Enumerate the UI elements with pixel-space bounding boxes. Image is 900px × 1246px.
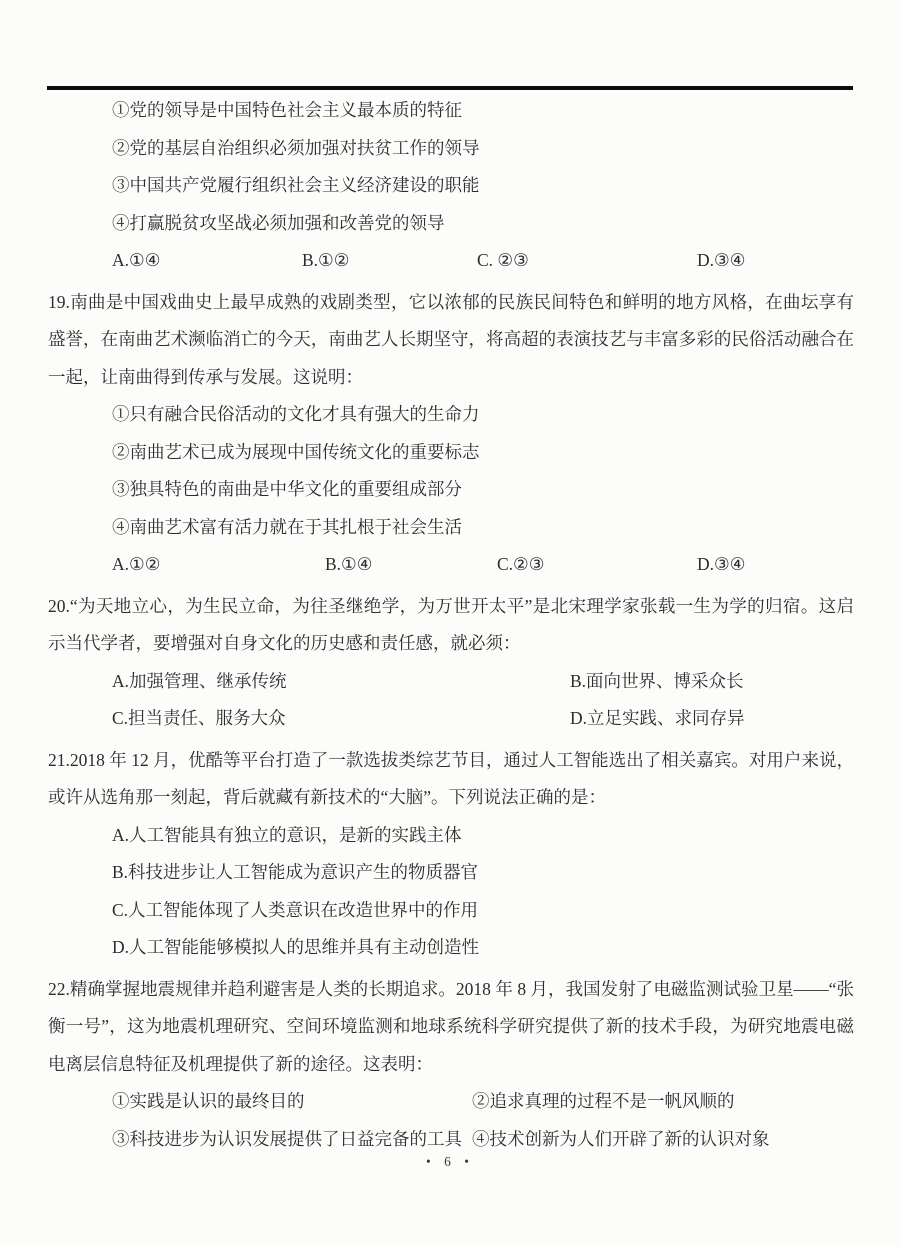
sub-option-row: ①实践是认识的最终目的 ②追求真理的过程不是一帆风顺的 bbox=[48, 1083, 854, 1121]
sub-option-1: ①只有融合民俗活动的文化才具有强大的生命力 bbox=[48, 396, 854, 434]
sub-option-2: ②党的基层自治组织必须加强对扶贫工作的领导 bbox=[48, 130, 854, 168]
question-stem: 21.2018 年 12 月，优酷等平台打造了一款选拔类综艺节目，通过人工智能选… bbox=[48, 742, 854, 817]
answer-row: C.担当责任、服务大众 D.立足实践、求同存异 bbox=[48, 700, 854, 738]
answer-option-c: C. ②③ bbox=[477, 242, 697, 280]
answer-option-a: A.①④ bbox=[112, 242, 302, 280]
sub-option-2: ②追求真理的过程不是一帆风顺的 bbox=[472, 1083, 854, 1121]
page-number: • 6 • bbox=[0, 1154, 900, 1170]
answer-row: A.加强管理、继承传统 B.面向世界、博采众长 bbox=[48, 663, 854, 701]
question-19: 19.南曲是中国戏曲史上最早成熟的戏剧类型，它以浓郁的民族民间特色和鲜明的地方风… bbox=[48, 284, 854, 584]
sub-option-3: ③独具特色的南曲是中华文化的重要组成部分 bbox=[48, 471, 854, 509]
answer-option-a: A.加强管理、继承传统 bbox=[112, 663, 570, 701]
question-stem: 22.精确掌握地震规律并趋利避害是人类的长期追求。2018 年 8 月，我国发射… bbox=[48, 971, 854, 1084]
question-stem: 20.“为天地立心，为生民立命，为往圣继绝学，为万世开太平”是北宋理学家张载一生… bbox=[48, 588, 854, 663]
sub-option-1: ①党的领导是中国特色社会主义最本质的特征 bbox=[48, 92, 854, 130]
answer-row: A.①② B.①④ C.②③ D.③④ bbox=[48, 546, 854, 584]
answer-option-b: B.面向世界、博采众长 bbox=[570, 663, 854, 701]
answer-option-a: A.人工智能具有独立的意识，是新的实践主体 bbox=[48, 817, 854, 855]
question-stem: 19.南曲是中国戏曲史上最早成熟的戏剧类型，它以浓郁的民族民间特色和鲜明的地方风… bbox=[48, 284, 854, 397]
sub-option-2: ②南曲艺术已成为展现中国传统文化的重要标志 bbox=[48, 434, 854, 472]
sub-option-3: ③中国共产党履行组织社会主义经济建设的职能 bbox=[48, 167, 854, 205]
answer-option-d: D.人工智能能够模拟人的思维并具有主动创造性 bbox=[48, 929, 854, 967]
answer-option-d: D.③④ bbox=[697, 242, 854, 280]
answer-option-c: C.②③ bbox=[497, 546, 697, 584]
question-20: 20.“为天地立心，为生民立命，为往圣继绝学，为万世开太平”是北宋理学家张载一生… bbox=[48, 588, 854, 738]
question-21: 21.2018 年 12 月，优酷等平台打造了一款选拔类综艺节目，通过人工智能选… bbox=[48, 742, 854, 967]
sub-option-row: ③科技进步为认识发展提供了日益完备的工具 ④技术创新为人们开辟了新的认识对象 bbox=[48, 1121, 854, 1159]
answer-row: A.①④ B.①② C. ②③ D.③④ bbox=[48, 242, 854, 280]
question-22: 22.精确掌握地震规律并趋利避害是人类的长期追求。2018 年 8 月，我国发射… bbox=[48, 971, 854, 1159]
sub-option-4: ④打赢脱贫攻坚战必须加强和改善党的领导 bbox=[48, 205, 854, 243]
top-rule bbox=[47, 86, 853, 90]
answer-option-b: B.科技进步让人工智能成为意识产生的物质器官 bbox=[48, 854, 854, 892]
sub-option-4: ④南曲艺术富有活力就在于其扎根于社会生活 bbox=[48, 509, 854, 547]
answer-option-c: C.担当责任、服务大众 bbox=[112, 700, 570, 738]
answer-option-b: B.①④ bbox=[325, 546, 497, 584]
answer-option-d: D.③④ bbox=[697, 546, 854, 584]
question-18-options: ①党的领导是中国特色社会主义最本质的特征 ②党的基层自治组织必须加强对扶贫工作的… bbox=[48, 92, 854, 280]
answer-option-c: C.人工智能体现了人类意识在改造世界中的作用 bbox=[48, 892, 854, 930]
sub-option-3: ③科技进步为认识发展提供了日益完备的工具 bbox=[112, 1121, 472, 1159]
answer-option-b: B.①② bbox=[302, 242, 477, 280]
exam-page: ①党的领导是中国特色社会主义最本质的特征 ②党的基层自治组织必须加强对扶贫工作的… bbox=[0, 0, 900, 1246]
page-content: ①党的领导是中国特色社会主义最本质的特征 ②党的基层自治组织必须加强对扶贫工作的… bbox=[48, 92, 854, 1158]
sub-option-1: ①实践是认识的最终目的 bbox=[112, 1083, 472, 1121]
answer-option-a: A.①② bbox=[112, 546, 325, 584]
answer-option-d: D.立足实践、求同存异 bbox=[570, 700, 854, 738]
sub-option-4: ④技术创新为人们开辟了新的认识对象 bbox=[472, 1121, 854, 1159]
